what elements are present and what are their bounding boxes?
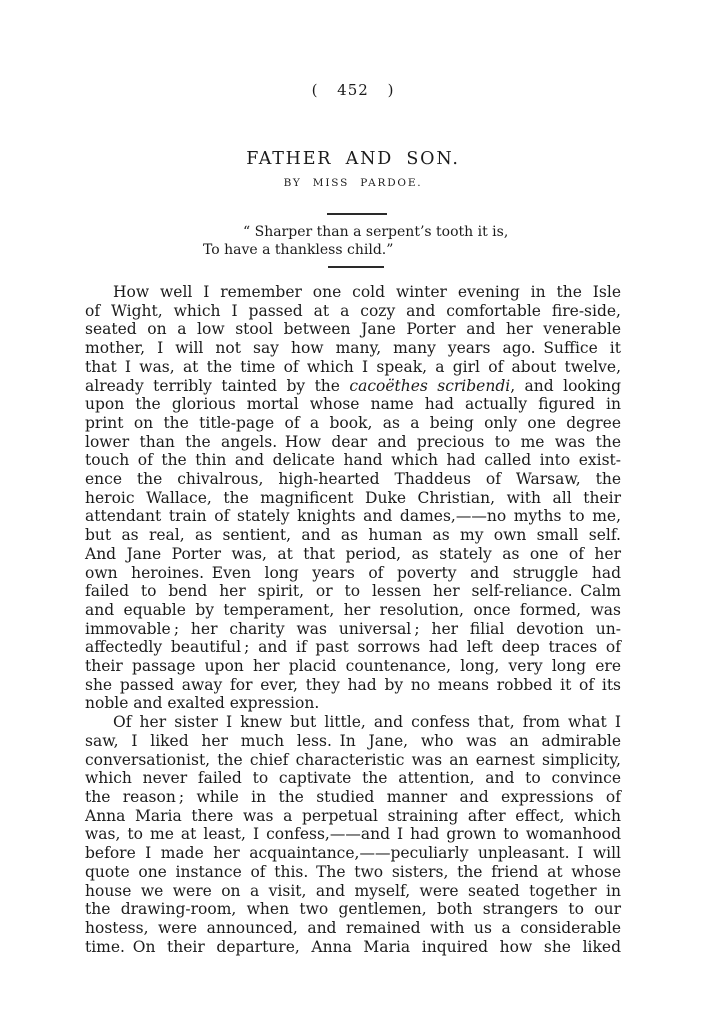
article-title: FATHER AND SON. [85,149,621,169]
text-line: the reason ; while in the studied manner… [85,788,621,807]
text-line: seated on a low stool between Jane Porte… [85,320,621,339]
book-page: ( 452 ) FATHER AND SON. BY MISS PARDOE. … [0,0,708,1034]
divider-rule-bottom [328,266,384,268]
text-line: saw, I liked her much less. In Jane, who… [85,732,621,751]
text-line: that I was, at the time of which I speak… [85,358,621,377]
text-line: attendant train of stately knights and d… [85,507,621,526]
text-line: of Wight, which I passed at a cozy and c… [85,302,621,321]
epigraph: “ Sharper than a serpent’s tooth it is, … [85,224,621,259]
byline: BY MISS PARDOE. [85,177,621,189]
page-number: ( 452 ) [85,81,621,99]
text-line: affectedly beautiful ; and if past sorro… [85,638,621,657]
text-line: mother, I will not say how many, many ye… [85,339,621,358]
text-line: hostess, were announced, and remained wi… [85,919,621,938]
text-line: Of her sister I knew but little, and con… [85,713,621,732]
text-line: How well I remember one cold winter even… [85,283,621,302]
text-line: but as real, as sentient, and as human a… [85,526,621,545]
text-line: own heroines. Even long years of poverty… [85,564,621,583]
italic-phrase: cacoëthes scribendi [349,377,510,395]
paragraph: How well I remember one cold winter even… [85,283,621,713]
text-line: which never failed to captivate the atte… [85,769,621,788]
text-line: house we were on a visit, and myself, we… [85,882,621,901]
epigraph-line-2: To have a thankless child.” [203,242,621,260]
text-line: heroic Wallace, the magnificent Duke Chr… [85,489,621,508]
text-line: And Jane Porter was, at that period, as … [85,545,621,564]
text-line: their passage upon her placid countenanc… [85,657,621,676]
text-line: and equable by temperament, her resoluti… [85,601,621,620]
text-line: before I made her acquaintance,——peculia… [85,844,621,863]
paragraph: Of her sister I knew but little, and con… [85,713,621,956]
text-line: failed to bend her spirit, or to lessen … [85,582,621,601]
text-line: touch of the thin and delicate hand whic… [85,451,621,470]
text-line: immovable ; her charity was universal ; … [85,620,621,639]
text-line: already terribly tainted by the cacoëthe… [85,377,621,396]
text-line: print on the title-page of a book, as a … [85,414,621,433]
text-line: conversationist, the chief characteristi… [85,751,621,770]
divider-rule-top [327,213,387,215]
text-line: the drawing-room, when two gentlemen, bo… [85,900,621,919]
text-line: she passed away for ever, they had by no… [85,676,621,695]
text-line: ence the chivalrous, high-hearted Thadde… [85,470,621,489]
body-text: How well I remember one cold winter even… [85,283,621,956]
text-line: was, to me at least, I confess,——and I h… [85,825,621,844]
text-line: Anna Maria there was a perpetual straini… [85,807,621,826]
text-line: noble and exalted expression. [85,694,621,713]
epigraph-line-1: “ Sharper than a serpent’s tooth it is, [243,224,621,242]
text-line: lower than the angels. How dear and prec… [85,433,621,452]
text-line: upon the glorious mortal whose name had … [85,395,621,414]
text-line: quote one instance of this. The two sist… [85,863,621,882]
text-line: time. On their departure, Anna Maria inq… [85,938,621,957]
